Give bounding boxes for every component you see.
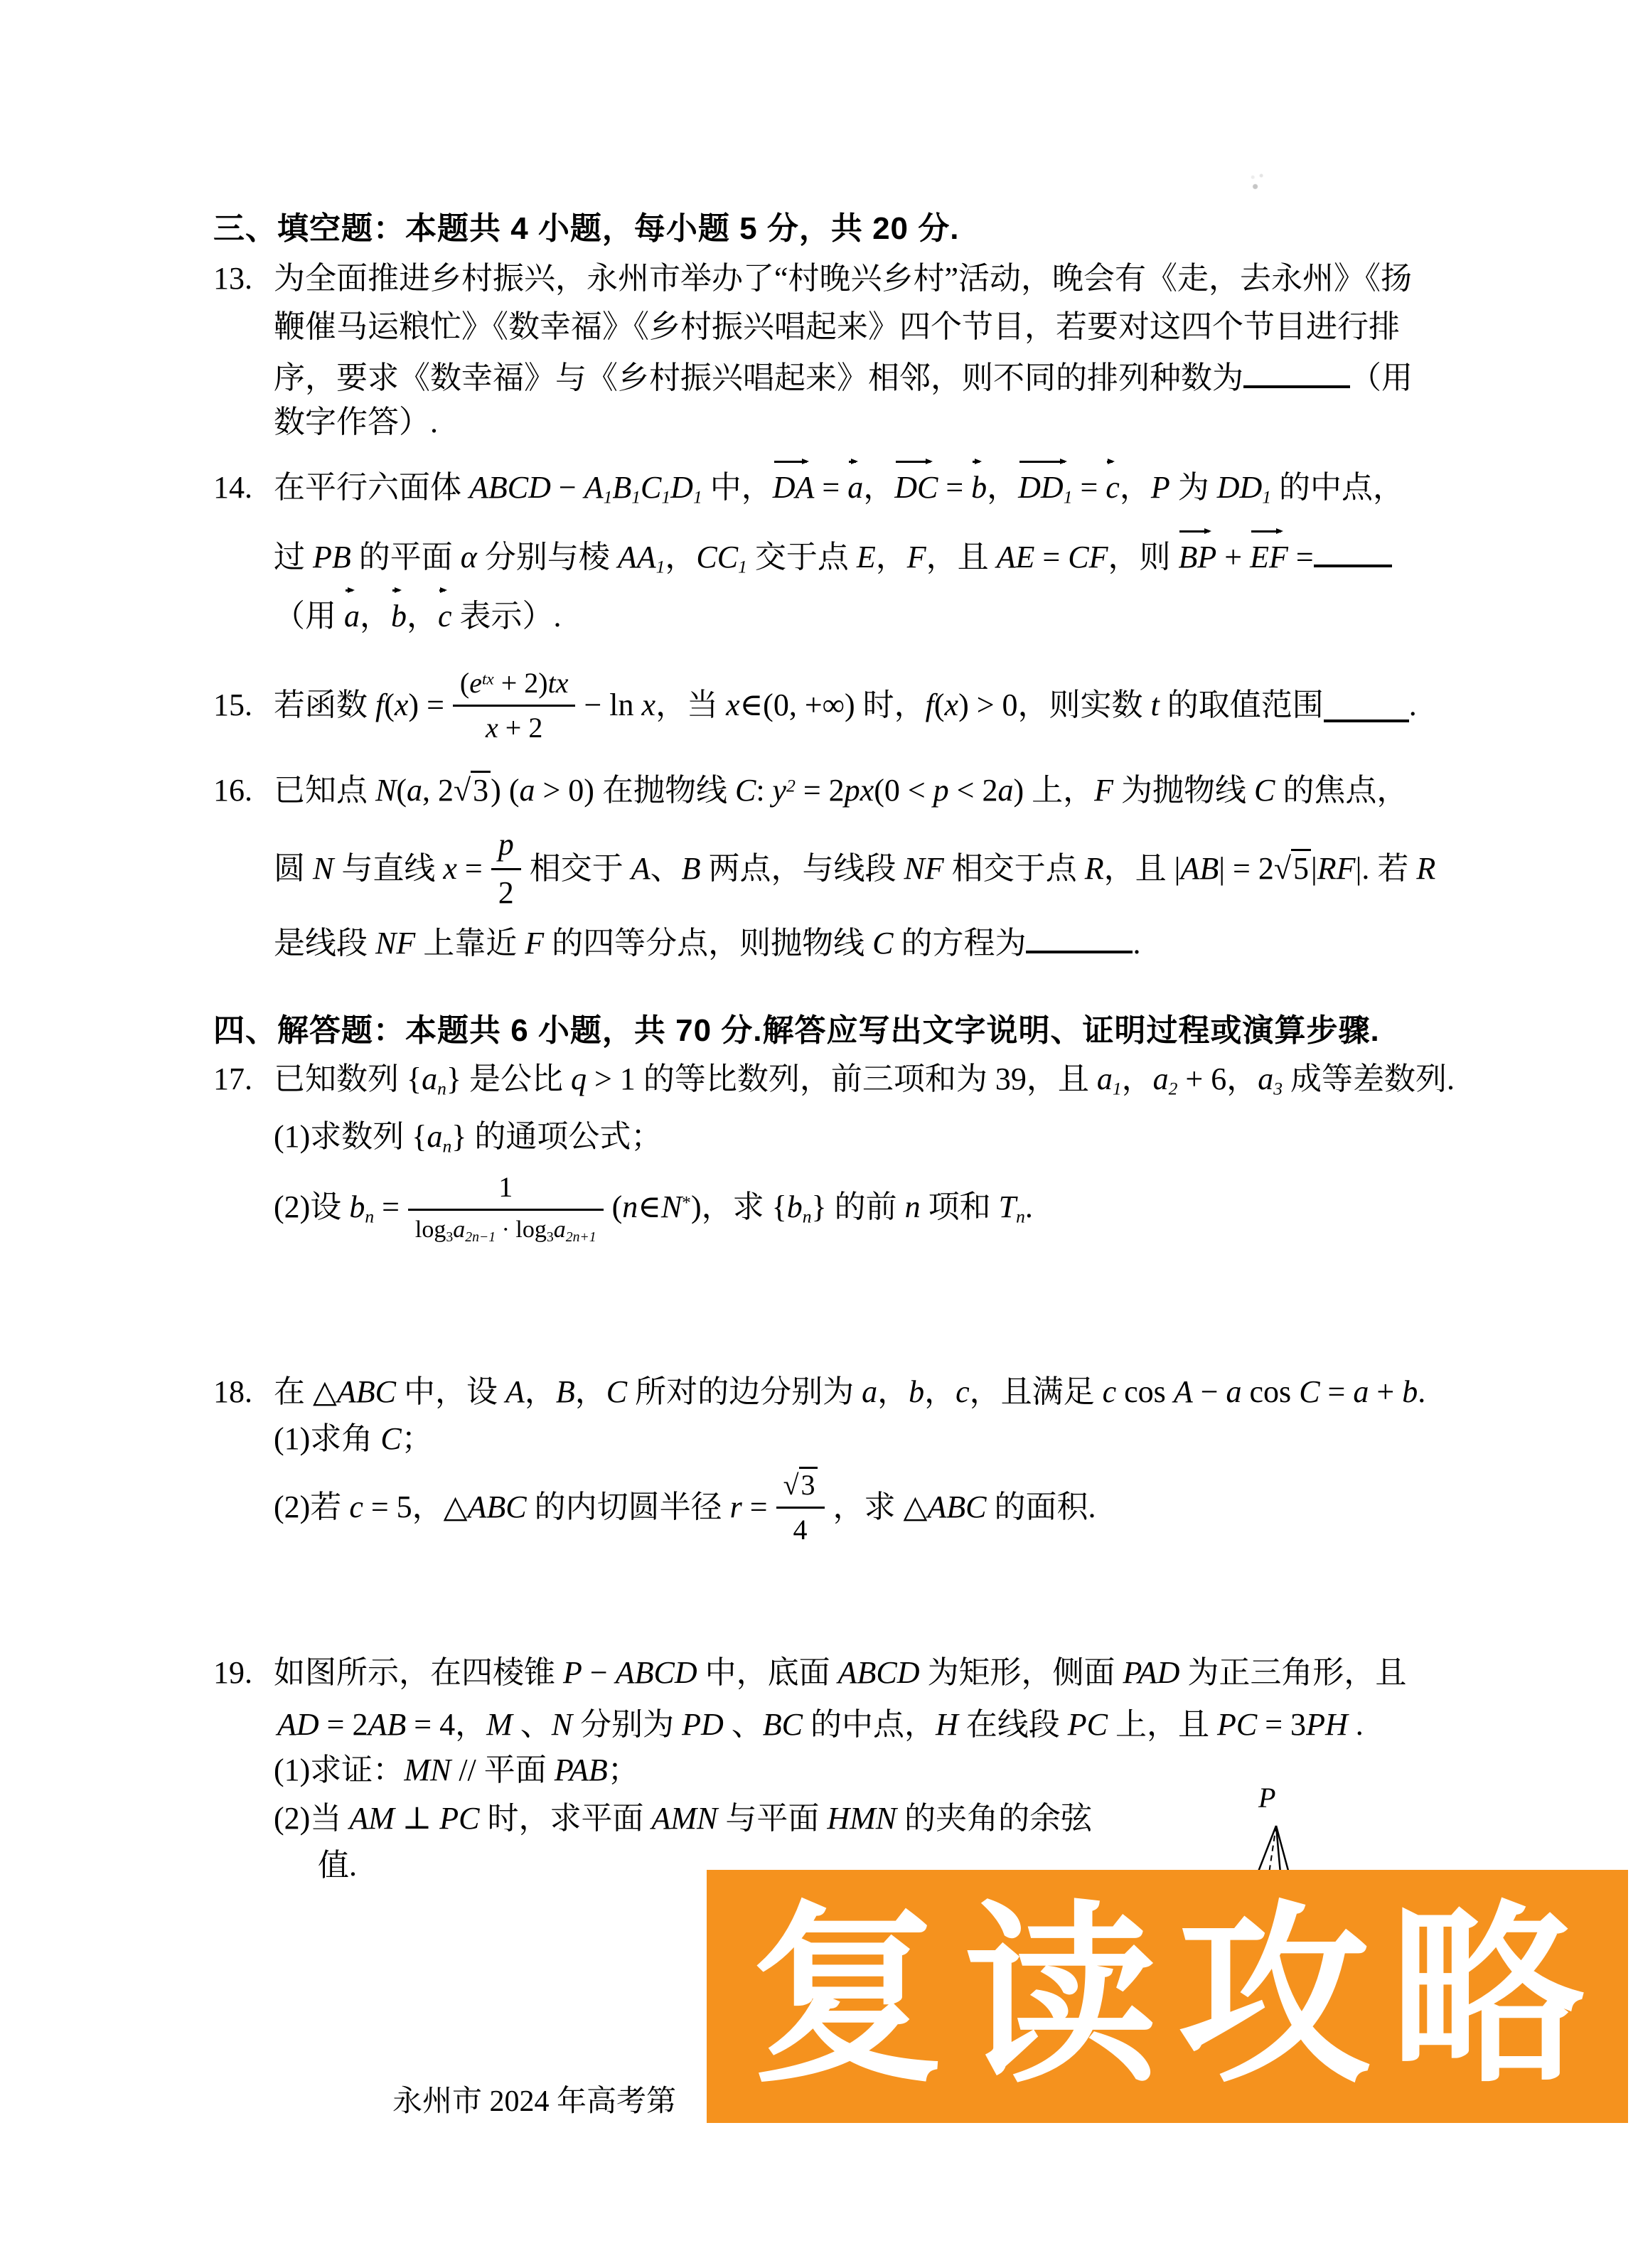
q13-text-3a: 序，要求《数幸福》与《乡村振兴唱起来》相邻，则不同的排列种数为 [274, 360, 1243, 395]
banner-text: 复读攻略 [731, 1900, 1604, 2093]
q17-line-2: (1)求数列 {an} 的通项公式； [274, 1116, 662, 1157]
q15-line: 15.若函数 f(x) =(etx + 2)txx + 2− ln x，当 x∈… [213, 648, 1417, 762]
numerator: (etx + 2)tx [453, 667, 576, 705]
q18-number: 18. [213, 1371, 274, 1413]
denominator: 2 [491, 868, 521, 911]
q18-text-3b: ，求 △ABC 的面积. [833, 1487, 1096, 1528]
q14-line-1: 14.在平行六面体 ABCD − A1B1C1D1 中，DA = a，DC = … [213, 467, 1404, 508]
q13-text-2: 鞭催马运粮忙》《数幸福》《乡村振兴唱起来》四个节目，若要对这四个节目进行排 [274, 309, 1400, 344]
section-fill-title: 三、填空题：本题共 4 小题，每小题 5 分，共 20 分. [213, 208, 959, 250]
answer-blank [1243, 354, 1350, 388]
q17-text-1: 已知数列 {an} 是公比 q > 1 的等比数列，前三项和为 39，且 a1，… [274, 1061, 1455, 1096]
q19-line-3: (1)求证：MN // 平面 PAB； [274, 1750, 639, 1791]
answer-blank [1324, 688, 1409, 722]
q16-line-2: 圆 N 与直线 x =p2相交于 A、B 两点，与线段 NF 相交于点 R，且 … [274, 826, 1435, 911]
q15-text-post: − ln x，当 x∈(0, +∞) 时，f(x) > 0，则实数 t 的取值范… [584, 685, 1323, 726]
q13-text-4: 数字作答）. [274, 405, 438, 439]
q16-text-1: 已知点 N(a, 2√3) (a > 0) 在抛物线 C: y2 = 2px(0… [274, 771, 1408, 808]
q13-line-3: 序，要求《数幸福》与《乡村振兴唱起来》相邻，则不同的排列种数为（用 [274, 354, 1413, 399]
q19-number: 19. [213, 1652, 274, 1694]
q17-text-2: (1)求数列 {an} 的通项公式； [274, 1119, 662, 1154]
q18-line-2: (1)求角 C； [274, 1418, 433, 1460]
q15-number: 15. [213, 685, 274, 726]
q14-line-2: 过 PB 的平面 α 分别与棱 AA1，CC1 交于点 E，F，且 AE = C… [274, 533, 1392, 578]
numerator: 1 [408, 1171, 604, 1209]
q17-text-3a: (2)设 bn = [274, 1187, 400, 1228]
q14-line-3: （用 a，b，c 表示）. [274, 596, 562, 637]
q13-line-4: 数字作答）. [274, 402, 438, 443]
q17-line-3: (2)设 bn =1log3a2n−1 · log3a2n+1(n∈N*)，求 … [274, 1161, 1033, 1253]
q13-line-1: 13.为全面推进乡村振兴，永州市举办了“村晚兴乡村”活动，晚会有《走，去永州》《… [213, 258, 1412, 299]
scan-smudge-artifact [1246, 168, 1270, 199]
q16-number: 16. [213, 770, 274, 811]
q19-line-4: (2)当 AM ⊥ PC 时，求平面 AMN 与平面 HMN 的夹角的余弦 [274, 1798, 1092, 1839]
q13-number: 13. [213, 258, 274, 299]
q15-text-pre: 若函数 f(x) = [274, 685, 444, 726]
q19-text-5: 值. [318, 1848, 357, 1883]
q17-text-3b: (n∈N*)，求 {bn} 的前 n 项和 Tn. [612, 1187, 1033, 1228]
fraction: (etx + 2)txx + 2 [453, 667, 576, 744]
footer-text: 永州市 2024 年高考第 [392, 2077, 676, 2120]
figure-vertex-label-p: P [1258, 1781, 1275, 1814]
q14-text-2: 过 PB 的平面 α 分别与棱 AA1，CC1 交于点 E，F，且 AE = C… [274, 540, 1314, 574]
q15-end: . [1409, 685, 1417, 726]
q13-text-1: 为全面推进乡村振兴，永州市举办了“村晚兴乡村”活动，晚会有《走，去永州》《扬 [274, 261, 1412, 296]
section-solve-title: 四、解答题：本题共 6 小题，共 70 分.解答应写出文字说明、证明过程或演算步… [213, 1010, 1380, 1052]
numerator: p [491, 827, 521, 868]
q16-line-1: 16.已知点 N(a, 2√3) (a > 0) 在抛物线 C: y2 = 2p… [213, 770, 1408, 811]
denominator: log3a2n−1 · log3a2n+1 [408, 1209, 604, 1243]
q19-line-2: AD = 2AB = 4，M 、N 分别为 PD 、BC 的中点，H 在线段 P… [277, 1704, 1364, 1745]
fraction: p2 [491, 827, 521, 911]
denominator: 4 [776, 1507, 825, 1546]
q19-text-1: 如图所示，在四棱锥 P − ABCD 中，底面 ABCD 为矩形，侧面 PAD … [274, 1655, 1406, 1690]
q16-text-2b: 相交于 A、B 两点，与线段 NF 相交于点 R，且 |AB| = 2√5|RF… [530, 848, 1436, 889]
q16-text-3a: 是线段 NF 上靠近 F 的四等分点，则抛物线 C 的方程为 [274, 926, 1026, 961]
fraction: 1log3a2n−1 · log3a2n+1 [408, 1171, 604, 1243]
denominator: x + 2 [453, 705, 576, 744]
q16-end: . [1133, 926, 1140, 961]
q18-text-2: (1)求角 C； [274, 1421, 433, 1456]
answer-blank [1026, 919, 1133, 953]
q19-text-4: (2)当 AM ⊥ PC 时，求平面 AMN 与平面 HMN 的夹角的余弦 [274, 1801, 1092, 1836]
q19-text-2: AD = 2AB = 4，M 、N 分别为 PD 、BC 的中点，H 在线段 P… [277, 1707, 1364, 1742]
q16-text-2a: 圆 N 与直线 x = [274, 848, 483, 889]
fraction: √34 [776, 1469, 825, 1546]
q18-line-1: 18.在 △ABC 中，设 A，B，C 所对的边分别为 a，b，c，且满足 c … [213, 1371, 1425, 1413]
answer-blank [1314, 533, 1392, 567]
q18-line-3: (2)若 c = 5，△ABC 的内切圆半径 r =√34，求 △ABC 的面积… [274, 1457, 1096, 1557]
q19-text-3: (1)求证：MN // 平面 PAB； [274, 1753, 639, 1787]
q17-line-1: 17.已知数列 {an} 是公比 q > 1 的等比数列，前三项和为 39，且 … [213, 1059, 1455, 1100]
numerator: √3 [776, 1469, 825, 1507]
q13-line-2: 鞭催马运粮忙》《数幸福》《乡村振兴唱起来》四个节目，若要对这四个节目进行排 [274, 306, 1400, 348]
q16-line-3: 是线段 NF 上靠近 F 的四等分点，则抛物线 C 的方程为. [274, 919, 1140, 964]
q13-text-3b: （用 [1350, 360, 1413, 395]
q19-line-1: 19.如图所示，在四棱锥 P − ABCD 中，底面 ABCD 为矩形，侧面 P… [213, 1652, 1406, 1694]
q14-number: 14. [213, 467, 274, 508]
q18-text-3a: (2)若 c = 5，△ABC 的内切圆半径 r = [274, 1487, 768, 1528]
exam-page: 三、填空题：本题共 4 小题，每小题 5 分，共 20 分. 13.为全面推进乡… [0, 0, 1638, 2268]
q14-text-3: （用 a，b，c 表示）. [274, 599, 562, 633]
q14-text-1: 在平行六面体 ABCD − A1B1C1D1 中，DA = a，DC = b，D… [274, 470, 1404, 505]
q17-number: 17. [213, 1059, 274, 1100]
overlay-banner: 复读攻略 [707, 1870, 1628, 2123]
q18-text-1: 在 △ABC 中，设 A，B，C 所对的边分别为 a，b，c，且满足 c cos… [274, 1374, 1425, 1409]
q19-line-5: 值. [318, 1845, 357, 1886]
